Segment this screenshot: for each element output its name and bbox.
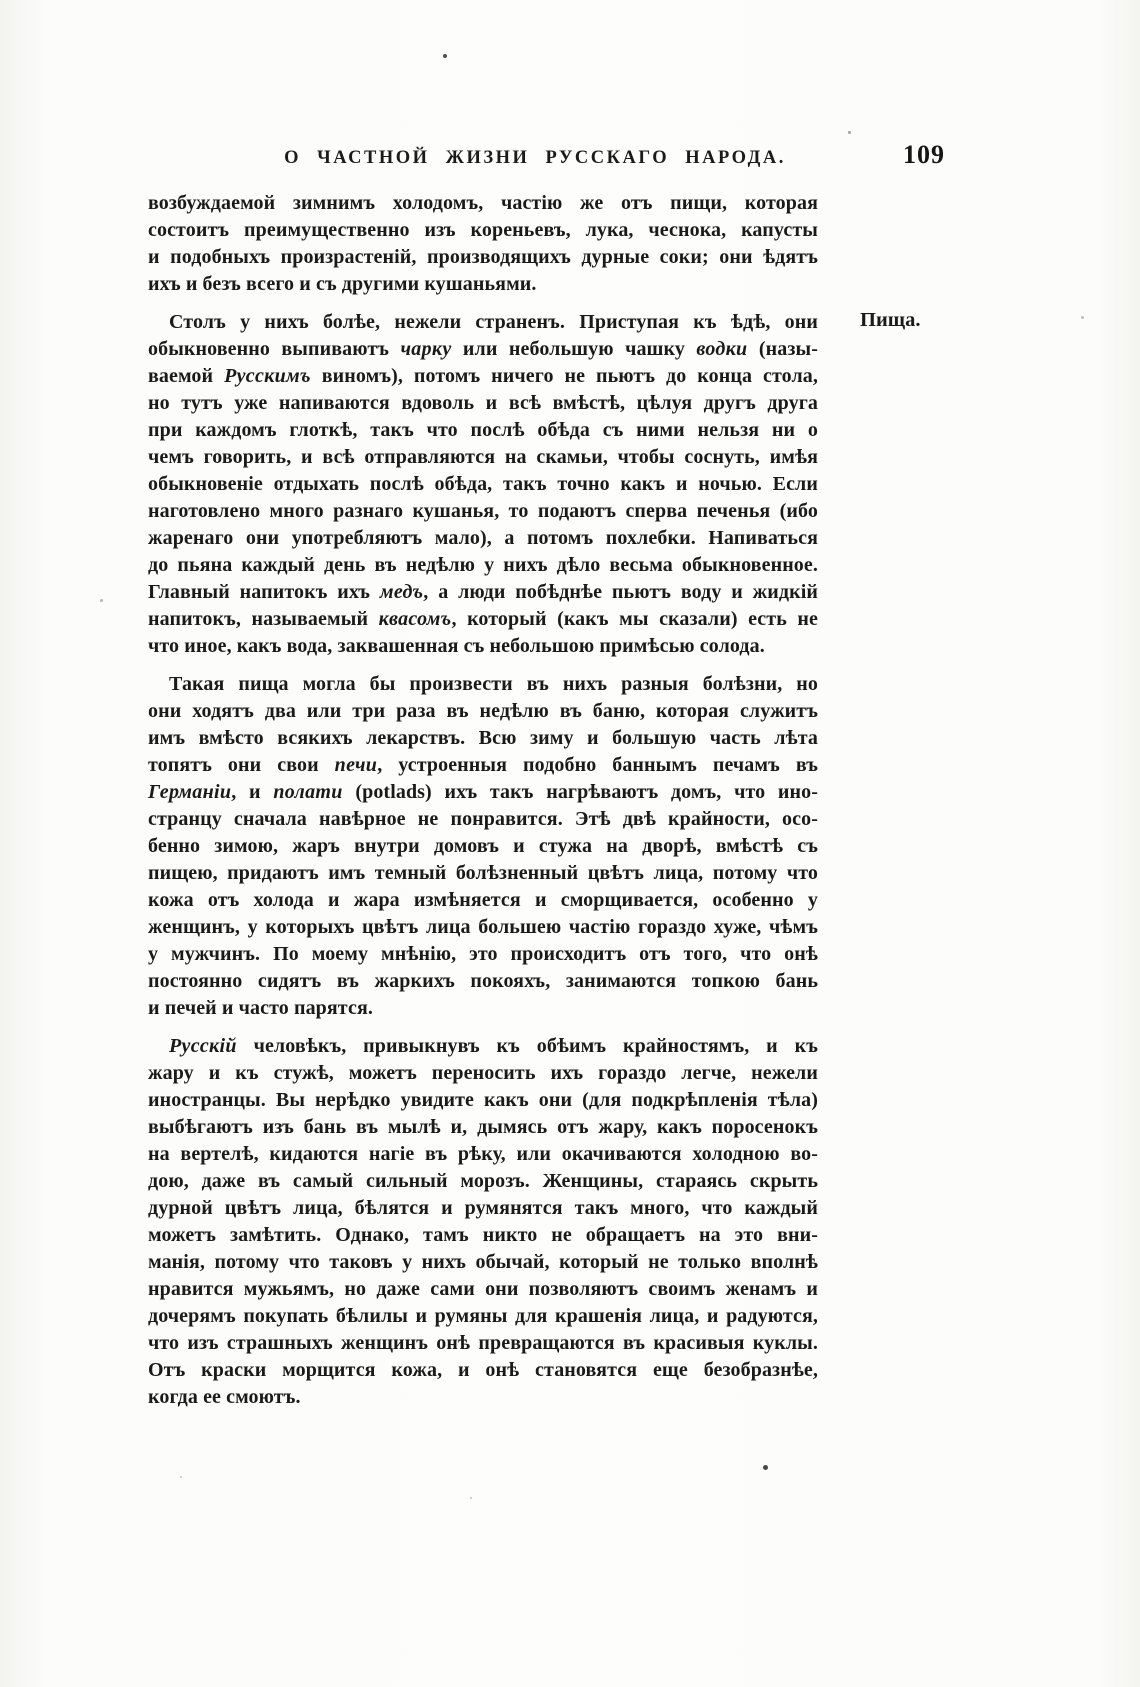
italic-term: медъ bbox=[380, 581, 423, 603]
text-run: при каждомъ глоткѣ, такъ что послѣ обѣда… bbox=[148, 419, 818, 441]
text-run: нравится мужьямъ, но даже сами они позво… bbox=[148, 1278, 818, 1300]
text-run: имъ вмѣсто всякихъ лекарствъ. Всю зиму и… bbox=[148, 727, 818, 749]
text-line: странцу сначала навѣрное не понравится. … bbox=[148, 806, 818, 833]
text-line: при каждомъ глоткѣ, такъ что послѣ обѣда… bbox=[148, 417, 818, 444]
paragraph: Такая пища могла бы произвести въ нихъ р… bbox=[148, 671, 818, 1022]
text-line: выбѣгаютъ изъ бань въ мылѣ и, дымясь отъ… bbox=[148, 1114, 818, 1141]
text-line: Такая пища могла бы произвести въ нихъ р… bbox=[148, 671, 818, 698]
text-line: дурной цвѣтъ лица, бѣлятся и румянятся т… bbox=[148, 1195, 818, 1222]
text-line: что иное, какъ вода, заквашенная съ небо… bbox=[148, 633, 818, 660]
text-run: обыкновенно выпиваютъ bbox=[148, 338, 401, 360]
text-run: когда ее смоютъ. bbox=[148, 1386, 301, 1408]
italic-term: Русскій bbox=[169, 1035, 237, 1057]
text-line: пищею, придаютъ имъ темный болѣзненный ц… bbox=[148, 860, 818, 887]
text-line: нравится мужьямъ, но даже сами они позво… bbox=[148, 1276, 818, 1303]
page-number: 109 bbox=[903, 140, 945, 170]
italic-term: квасомъ bbox=[379, 608, 452, 630]
text-run: Отъ краски морщится кожа, и онѣ становят… bbox=[148, 1359, 818, 1381]
paragraph: Столъ у нихъ болѣе, нежели страненъ. При… bbox=[148, 309, 818, 660]
text-run: напитокъ, называемый bbox=[148, 608, 379, 630]
scan-speck bbox=[848, 131, 851, 134]
text-run: , который (какъ мы сказали) есть не bbox=[451, 608, 818, 630]
italic-term: Русскимъ bbox=[224, 365, 311, 387]
paragraph: возбуждаемой зимнимъ холодомъ, частію же… bbox=[148, 190, 818, 298]
text-line: жару и къ стужѣ, можетъ переносить ихъ г… bbox=[148, 1060, 818, 1087]
scan-speck bbox=[1081, 316, 1084, 319]
text-line: обыкновенно выпиваютъ чарку или небольшу… bbox=[148, 336, 818, 363]
text-run: наготовлено много разнаго кушанья, то по… bbox=[148, 500, 818, 522]
text-run: Главный напитокъ ихъ bbox=[148, 581, 380, 603]
text-run: пищею, придаютъ имъ темный болѣзненный ц… bbox=[148, 862, 818, 884]
text-run: они ходятъ два или три раза въ недѣлю въ… bbox=[148, 700, 818, 722]
italic-term: водки bbox=[696, 338, 747, 360]
text-run: и подобныхъ произрастеній, производящихъ… bbox=[148, 246, 818, 268]
scan-speck bbox=[470, 1497, 472, 1499]
text-line: обыкновеніе отдыхать послѣ обѣда, такъ т… bbox=[148, 471, 818, 498]
text-line: кожа отъ холода и жара измѣняется и смор… bbox=[148, 887, 818, 914]
text-run: что иное, какъ вода, заквашенная съ небо… bbox=[148, 635, 765, 657]
text-line: они ходятъ два или три раза въ недѣлю въ… bbox=[148, 698, 818, 725]
text-run: , и bbox=[231, 781, 273, 803]
text-run: дою, даже въ самый сильный морозъ. Женщи… bbox=[148, 1170, 818, 1192]
text-line: дочерямъ покупать бѣлилы и румяны для кр… bbox=[148, 1303, 818, 1330]
text-line: возбуждаемой зимнимъ холодомъ, частію же… bbox=[148, 190, 818, 217]
text-line: что изъ страшныхъ женщинъ онѣ превращают… bbox=[148, 1330, 818, 1357]
text-run: на вертелѣ, кидаются нагіе въ рѣку, или … bbox=[148, 1143, 818, 1165]
text-run: возбуждаемой зимнимъ холодомъ, частію же… bbox=[148, 192, 818, 214]
text-run: но тутъ уже напиваются вдоволь и всѣ вмѣ… bbox=[148, 392, 818, 414]
italic-term: Германіи bbox=[148, 781, 231, 803]
text-line: до пьяна каждый день въ недѣлю у нихъ дѣ… bbox=[148, 552, 818, 579]
text-line: Главный напитокъ ихъ медъ, а люди побѣдн… bbox=[148, 579, 818, 606]
italic-term: печи bbox=[335, 754, 378, 776]
text-run: женщинъ, у которыхъ цвѣтъ лица большею ч… bbox=[148, 916, 818, 938]
text-run: кожа отъ холода и жара измѣняется и смор… bbox=[148, 889, 818, 911]
italic-term: чарку bbox=[401, 338, 452, 360]
text-run: человѣкъ, привыкнувъ къ обѣимъ крайностя… bbox=[237, 1035, 818, 1057]
text-line: бенно зимою, жаръ внутри домовъ и стужа … bbox=[148, 833, 818, 860]
text-line: женщинъ, у которыхъ цвѣтъ лица большею ч… bbox=[148, 914, 818, 941]
text-run: чемъ говорить, и всѣ отправляются на ска… bbox=[148, 446, 818, 468]
text-line: ихъ и безъ всего и съ другими кушаньями. bbox=[148, 271, 818, 298]
text-run: иностранцы. Вы нерѣдко увидите какъ они … bbox=[148, 1089, 818, 1111]
text-run: или небольшую чашку bbox=[452, 338, 697, 360]
text-line: напитокъ, называемый квасомъ, который (к… bbox=[148, 606, 818, 633]
text-line: постоянно сидятъ въ жаркихъ покояхъ, зан… bbox=[148, 968, 818, 995]
scan-speck bbox=[763, 1465, 768, 1470]
paragraph: Русскій человѣкъ, привыкнувъ къ обѣимъ к… bbox=[148, 1033, 818, 1411]
text-line: и подобныхъ произрастеній, производящихъ… bbox=[148, 244, 818, 271]
italic-term: полати bbox=[273, 781, 342, 803]
text-run: и печей и часто парятся. bbox=[148, 997, 373, 1019]
text-line: можетъ замѣтить. Однако, тамъ никто не о… bbox=[148, 1222, 818, 1249]
text-line: Столъ у нихъ болѣе, нежели страненъ. При… bbox=[148, 309, 818, 336]
text-line: топятъ они свои печи, устроенныя подобно… bbox=[148, 752, 818, 779]
text-line: ваемой Русскимъ виномъ), потомъ ничего н… bbox=[148, 363, 818, 390]
text-line: но тутъ уже напиваются вдоволь и всѣ вмѣ… bbox=[148, 390, 818, 417]
text-run: (potlads) ихъ такъ нагрѣваютъ домъ, что … bbox=[343, 781, 818, 803]
margin-note: Пища. bbox=[860, 309, 920, 332]
text-run: можетъ замѣтить. Однако, тамъ никто не о… bbox=[148, 1224, 818, 1246]
text-run: бенно зимою, жаръ внутри домовъ и стужа … bbox=[148, 835, 818, 857]
text-line: и печей и часто парятся. bbox=[148, 995, 818, 1022]
text-line: манія, потому что таковъ у нихъ обычай, … bbox=[148, 1249, 818, 1276]
text-run: манія, потому что таковъ у нихъ обычай, … bbox=[148, 1251, 818, 1273]
text-line: жаренаго они употребляютъ мало), а потом… bbox=[148, 525, 818, 552]
text-run: , а люди побѣднѣе пьютъ воду и жидкій bbox=[423, 581, 818, 603]
text-run: , устроенныя подобно баннымъ печамъ въ bbox=[377, 754, 818, 776]
text-run: у мужчинъ. По моему мнѣнію, это происход… bbox=[148, 943, 818, 965]
text-run: обыкновеніе отдыхать послѣ обѣда, такъ т… bbox=[148, 473, 818, 495]
text-run: что изъ страшныхъ женщинъ онѣ превращают… bbox=[148, 1332, 818, 1354]
text-line: Германіи, и полати (potlads) ихъ такъ на… bbox=[148, 779, 818, 806]
text-run: жаренаго они употребляютъ мало), а потом… bbox=[148, 527, 818, 549]
text-line: наготовлено много разнаго кушанья, то по… bbox=[148, 498, 818, 525]
text-line: имъ вмѣсто всякихъ лекарствъ. Всю зиму и… bbox=[148, 725, 818, 752]
text-line: состоитъ преимущественно изъ кореньевъ, … bbox=[148, 217, 818, 244]
text-run: странцу сначала навѣрное не понравится. … bbox=[148, 808, 818, 830]
main-text-column: возбуждаемой зимнимъ холодомъ, частію же… bbox=[148, 190, 818, 1411]
scan-speck bbox=[180, 1476, 182, 1478]
text-run: состоитъ преимущественно изъ кореньевъ, … bbox=[148, 219, 818, 241]
text-run: выбѣгаютъ изъ бань въ мылѣ и, дымясь отъ… bbox=[148, 1116, 818, 1138]
text-line: иностранцы. Вы нерѣдко увидите какъ они … bbox=[148, 1087, 818, 1114]
text-line: на вертелѣ, кидаются нагіе въ рѣку, или … bbox=[148, 1141, 818, 1168]
text-run: жару и къ стужѣ, можетъ переносить ихъ г… bbox=[148, 1062, 818, 1084]
text-run: дурной цвѣтъ лица, бѣлятся и румянятся т… bbox=[148, 1197, 818, 1219]
text-run: до пьяна каждый день въ недѣлю у нихъ дѣ… bbox=[148, 554, 818, 576]
text-run: виномъ), потомъ ничего не пьютъ до конца… bbox=[311, 365, 818, 387]
scan-speck bbox=[100, 599, 103, 602]
text-run: ваемой bbox=[148, 365, 224, 387]
text-line: у мужчинъ. По моему мнѣнію, это происход… bbox=[148, 941, 818, 968]
book-page: О ЧАСТНОЙ ЖИЗНИ РУССКАГО НАРОДА. 109 Пищ… bbox=[0, 0, 1140, 1687]
text-line: когда ее смоютъ. bbox=[148, 1384, 818, 1411]
scan-speck bbox=[443, 54, 447, 58]
text-run: ихъ и безъ всего и съ другими кушаньями. bbox=[148, 273, 537, 295]
text-run: дочерямъ покупать бѣлилы и румяны для кр… bbox=[148, 1305, 818, 1327]
text-run: Столъ у нихъ болѣе, нежели страненъ. При… bbox=[169, 311, 818, 333]
text-run: (назы- bbox=[747, 338, 818, 360]
text-line: Отъ краски морщится кожа, и онѣ становят… bbox=[148, 1357, 818, 1384]
text-run: постоянно сидятъ въ жаркихъ покояхъ, зан… bbox=[148, 970, 818, 992]
text-line: дою, даже въ самый сильный морозъ. Женщи… bbox=[148, 1168, 818, 1195]
running-head-title: О ЧАСТНОЙ ЖИЗНИ РУССКАГО НАРОДА. bbox=[280, 148, 790, 169]
text-line: чемъ говорить, и всѣ отправляются на ска… bbox=[148, 444, 818, 471]
text-line: Русскій человѣкъ, привыкнувъ къ обѣимъ к… bbox=[148, 1033, 818, 1060]
text-run: Такая пища могла бы произвести въ нихъ р… bbox=[169, 673, 818, 695]
text-run: топятъ они свои bbox=[148, 754, 335, 776]
